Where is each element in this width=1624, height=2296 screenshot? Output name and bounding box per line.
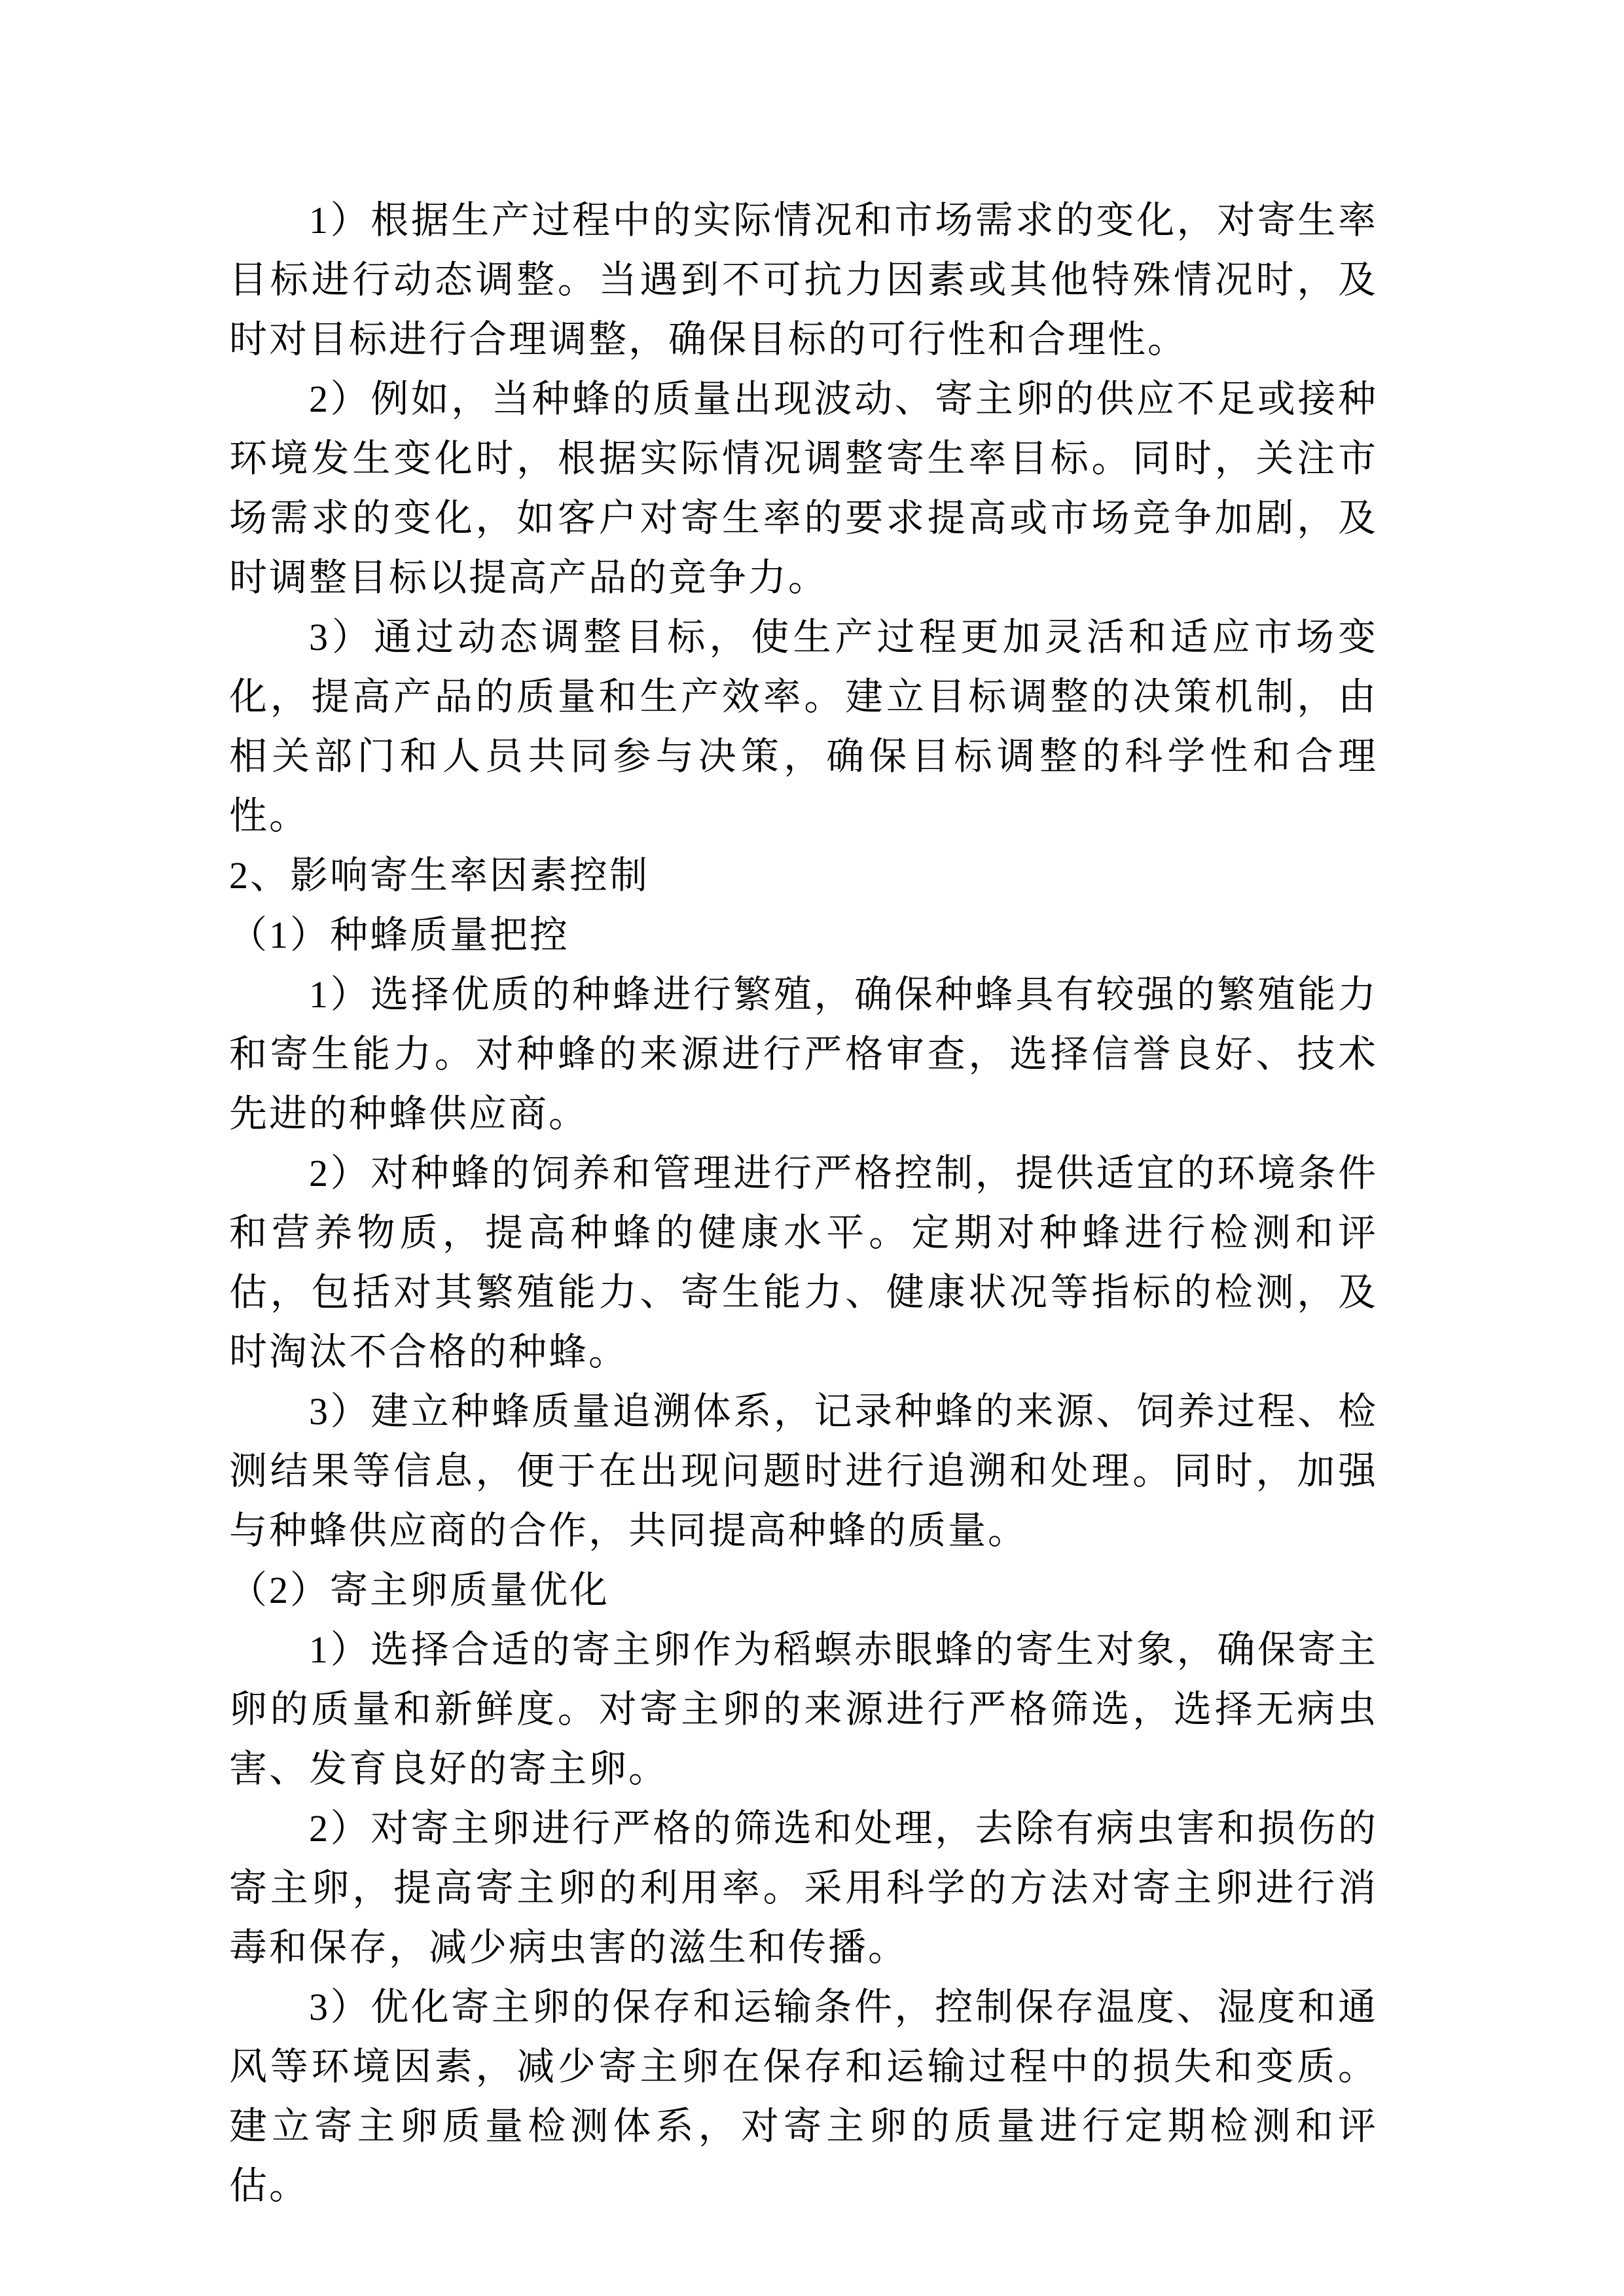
paragraph-dynamic-adjustment-3: 3）通过动态调整目标，使生产过程更加灵活和适应市场变化，提高产品的质量和生产效率… — [229, 607, 1378, 846]
paragraph-dynamic-adjustment-2: 2）例如，当种蜂的质量出现波动、寄主卵的供应不足或接种环境发生变化时，根据实际情… — [229, 369, 1378, 607]
paragraph-host-egg-1: 1）选择合适的寄主卵作为稻螟赤眼蜂的寄生对象，确保寄主卵的质量和新鲜度。对寄主卵… — [229, 1620, 1378, 1799]
paragraph-bee-quality-1: 1）选择优质的种蜂进行繁殖，确保种蜂具有较强的繁殖能力和寄生能力。对种蜂的来源进… — [229, 965, 1378, 1143]
paragraph-host-egg-2: 2）对寄主卵进行严格的筛选和处理，去除有病虫害和损伤的寄主卵，提高寄主卵的利用率… — [229, 1799, 1378, 1977]
paragraph-dynamic-adjustment-1: 1）根据生产过程中的实际情况和市场需求的变化，对寄生率目标进行动态调整。当遇到不… — [229, 190, 1378, 369]
section-heading-parasitism-factors: 2、影响寄生率因素控制 — [229, 846, 1378, 905]
document-content: 1）根据生产过程中的实际情况和市场需求的变化，对寄生率目标进行动态调整。当遇到不… — [0, 0, 1624, 2296]
paragraph-host-egg-3: 3）优化寄主卵的保存和运输条件，控制保存温度、湿度和通风等环境因素，减少寄主卵在… — [229, 1977, 1378, 2215]
subsection-heading-bee-quality: （1）种蜂质量把控 — [229, 905, 1378, 965]
subsection-heading-host-egg-quality: （2）寄主卵质量优化 — [229, 1560, 1378, 1620]
document-page: 1）根据生产过程中的实际情况和市场需求的变化，对寄生率目标进行动态调整。当遇到不… — [0, 0, 1624, 2296]
paragraph-bee-quality-3: 3）建立种蜂质量追溯体系，记录种蜂的来源、饲养过程、检测结果等信息，便于在出现问… — [229, 1382, 1378, 1560]
paragraph-bee-quality-2: 2）对种蜂的饲养和管理进行严格控制，提供适宜的环境条件和营养物质，提高种蜂的健康… — [229, 1143, 1378, 1382]
